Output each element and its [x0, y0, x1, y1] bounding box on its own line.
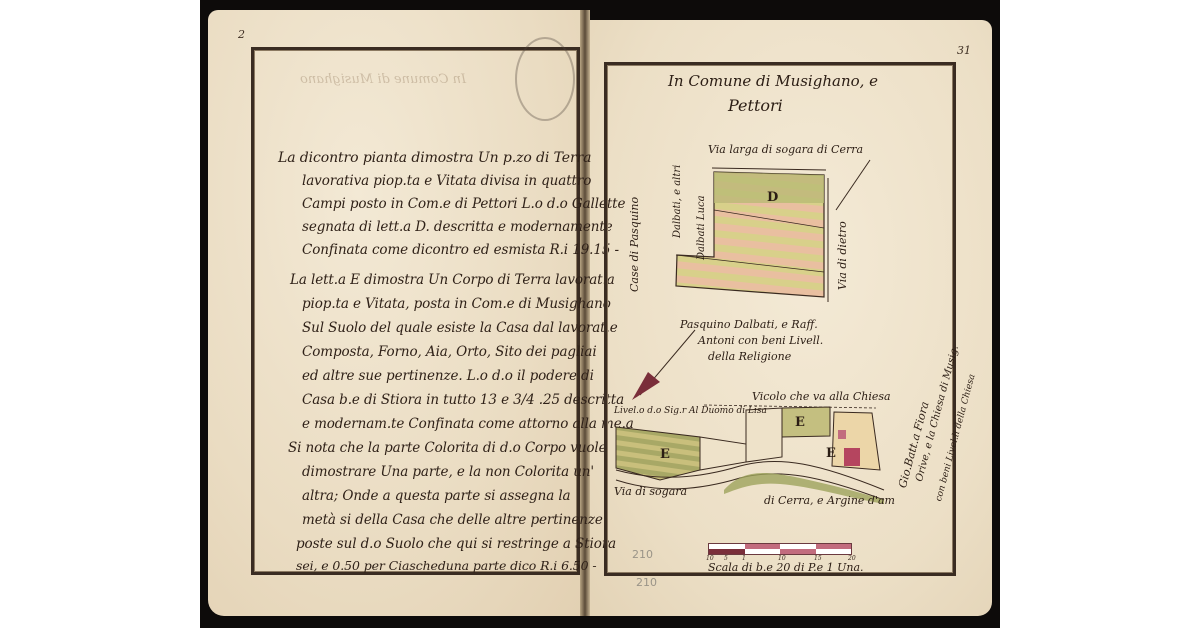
- folio-mark-left: 2: [238, 28, 245, 41]
- text-line: segnata di lett.a D. descritta e moderna…: [302, 219, 613, 235]
- label-vicolo-chiesa: Vicolo che va alla Chiesa: [752, 390, 891, 403]
- text-line: Si nota che la parte Colorita di d.o Cor…: [288, 440, 606, 456]
- text-line: sei, e 0.50 per Ciascheduna parte dico R…: [296, 558, 597, 573]
- label-livello-duomo: Livel.o d.o Sig.r Al Duomo di Lisa: [614, 406, 767, 416]
- text-line: La dicontro pianta dimostra Un p.zo di T…: [278, 150, 591, 166]
- label-via-di-dietro: Via di dietro: [836, 221, 849, 290]
- text-line: Campi posto in Com.e di Pettori L.o d.o …: [302, 196, 625, 212]
- parcel-letter-e: E: [795, 415, 805, 430]
- pencil-number: 210: [632, 548, 653, 561]
- pencil-number: 210: [636, 576, 657, 589]
- parcel-letter-d: D: [767, 190, 778, 205]
- scale-caption: Scala di b.e 20 di P.e 1 Una.: [708, 561, 864, 574]
- text-line: poste sul d.o Suolo che qui si restringe…: [296, 536, 616, 552]
- text-line: Confinata come dicontro ed esmista R.i 1…: [302, 242, 619, 258]
- label-religione: della Religione: [708, 350, 791, 363]
- label-case-pasquino: Case di Pasquino: [628, 197, 641, 292]
- scale-bar: [708, 543, 852, 555]
- text-line: dimostrare Una parte, e la non Colorita …: [302, 464, 594, 480]
- mirrored-bleed-heading: In Comune di Musighano: [300, 72, 466, 87]
- text-line: Sul Suolo del quale esiste la Casa dal l…: [302, 320, 618, 336]
- text-line: metà si della Casa che delle altre perti…: [302, 512, 603, 528]
- text-line: piop.ta e Vitata, posta in Com.e di Musi…: [302, 296, 611, 312]
- text-line: ed altre sue pertinenze. L.o d.o il pode…: [302, 368, 594, 384]
- label-cerra-argine: di Cerra, e Argine d'am: [764, 494, 895, 507]
- text-line: Casa b.e di Stiora in tutto 13 e 3/4 .25…: [302, 392, 624, 408]
- label-dalbati-altri: Dalbati, e altri: [672, 165, 683, 238]
- text-line: La lett.a E dimostra Un Corpo di Terra l…: [290, 272, 615, 288]
- text-line: e modernam.te Confinata come attorno all…: [302, 416, 634, 432]
- label-antoni-beni: Antoni con beni Livell.: [698, 334, 823, 347]
- folio-mark-right: 31: [957, 44, 971, 57]
- parcel-letter-e: E: [660, 447, 670, 462]
- text-line: altra; Onde a questa parte si assegna la: [302, 488, 571, 504]
- ink-stamp: [515, 37, 575, 121]
- label-top-road: Via larga di sogara di Cerra: [708, 143, 863, 156]
- text-line: Composta, Forno, Aia, Orto, Sito dei pag…: [302, 344, 597, 360]
- label-dalbati-luca: Dalbati Luca: [696, 195, 707, 260]
- parcel-letter-e: E: [826, 446, 836, 461]
- text-line: lavorativa piop.ta e Vitata divisa in qu…: [302, 173, 591, 189]
- label-via-sogara: Via di sogara: [614, 485, 687, 498]
- label-pasquino-dalbati: Pasquino Dalbati, e Raff.: [680, 318, 818, 331]
